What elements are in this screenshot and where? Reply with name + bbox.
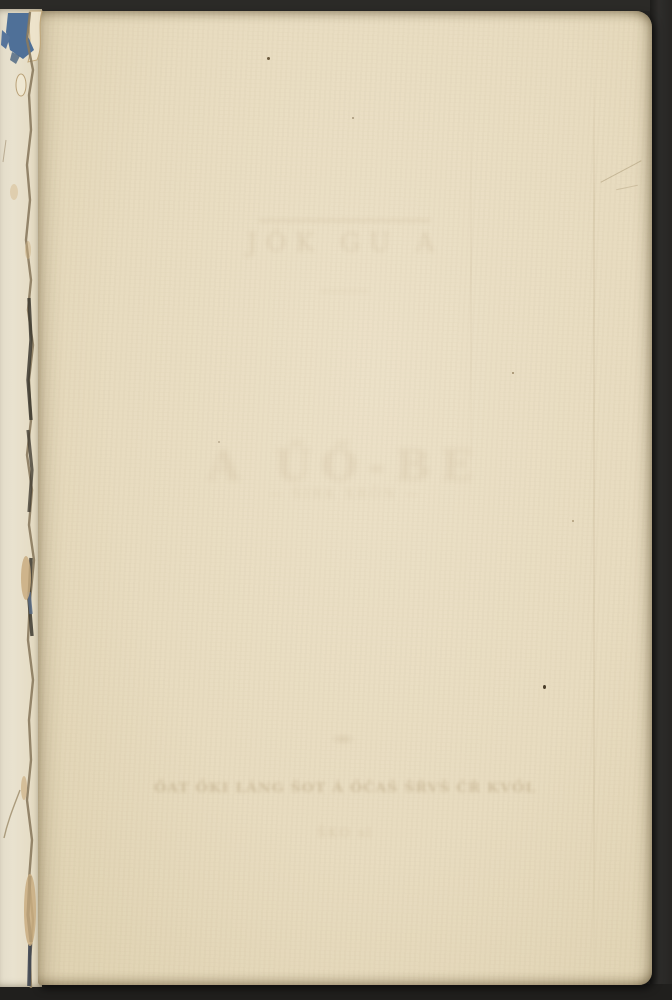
ghost-scribble-line: ‿‿‿‿‿‿‿‿‿‿‿‿‿‿ bbox=[38, 206, 652, 222]
backdrop-right bbox=[650, 0, 672, 1000]
flyleaf-edge bbox=[0, 9, 42, 987]
book-scan-photo: ‿‿‿‿‿‿‿‿‿‿‿‿‿‿ JÓK GU A ‿‿‿‿‿ A ŰŐ-BE — … bbox=[0, 0, 672, 1000]
foxing-speck bbox=[572, 520, 574, 522]
foxing-speck bbox=[543, 685, 546, 689]
foxing-speck bbox=[267, 57, 270, 60]
ghost-scribble-line: ‿‿‿‿‿ bbox=[38, 279, 652, 292]
paper-crease bbox=[593, 61, 595, 991]
paper-crease bbox=[470, 101, 472, 531]
ghost-main-title: A ŰŐ-BE bbox=[38, 441, 652, 490]
backdrop-bottom bbox=[0, 984, 672, 1000]
foxing-speck bbox=[218, 441, 220, 443]
paper-scratch bbox=[600, 160, 641, 182]
ghost-imprint-line: ŐAT ŐKI LÁNG ŠOT Á ŐČAŠ ŠŘVŠ ČŘ KVŐL bbox=[38, 780, 652, 795]
foxing-speck bbox=[352, 117, 354, 119]
paper-scratch bbox=[616, 185, 638, 191]
ghost-title-upper: JÓK GU A bbox=[38, 228, 652, 257]
ghost-year-line: ŠKO sl bbox=[38, 826, 652, 841]
ghost-subtitle: — ŠIRK XRŌN — bbox=[38, 487, 652, 502]
backdrop-top bbox=[0, 0, 672, 11]
ghost-ornament-smudge bbox=[330, 733, 356, 745]
book-page: ‿‿‿‿‿‿‿‿‿‿‿‿‿‿ JÓK GU A ‿‿‿‿‿ A ŰŐ-BE — … bbox=[38, 11, 652, 985]
foxing-speck bbox=[512, 372, 514, 374]
